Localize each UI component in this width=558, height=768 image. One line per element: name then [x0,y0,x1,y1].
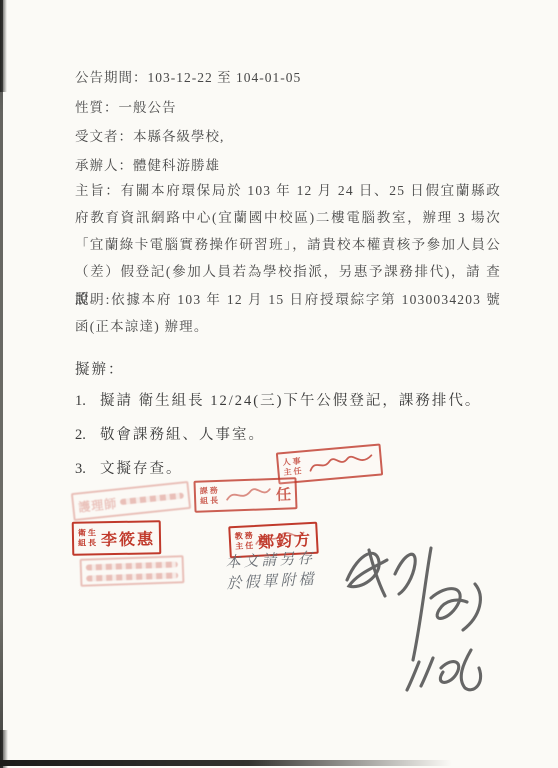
scanned-document-page: 公告期間：103-12-22 至 104-01-05 性質：一般公告 受文者：本… [0,0,558,768]
principal-signature [333,540,533,695]
stamp-visible-char: 任 [276,483,292,505]
proposal-item-1: 1.擬請 衛生組長 12/24(三)下午公假登記，課務排代。 [75,389,481,410]
nature-line: 性質：一般公告 [75,96,177,116]
nature-label: 性質： [75,100,119,115]
stamp-role: 護理師 [77,494,118,515]
recipient-label: 受文者： [75,129,133,144]
proposal-item-3: 3.文擬存查。 [75,457,183,478]
stamp-name: 李筱惠 [101,526,155,550]
stamp-signature-scribble [223,483,274,507]
item-number: 3. [75,461,100,478]
proposal-item-2: 2.敬會課務組、人事室。 [75,423,265,444]
stamp-role: 人事 主任 [282,457,304,478]
stamp-signature-scribble [305,449,377,477]
handler-line: 承辦人：體健科游勝雄 [75,154,220,174]
item-text: 擬請 衛生組長 12/24(三)下午公假登記，課務排代。 [100,393,481,409]
scan-edge-left [0,0,3,768]
scan-edge-bottom [0,760,452,766]
illegible-stamp-text [86,572,178,581]
recipient-line: 受文者：本縣各級學校, [75,125,224,145]
explanation-paragraph: 說明:依據本府 103 年 12 月 15 日府授環綜字第 1030034203… [75,286,501,340]
scan-edge-left-top [0,0,7,92]
item-text: 文擬存查。 [100,461,183,477]
stamp-role: 衛生 組長 [78,529,98,549]
illegible-stamp-text [120,492,184,505]
item-number: 1. [75,393,100,410]
recipient-value: 本縣各級學校, [133,129,224,144]
stamp-nurse: 護理師 [71,481,191,521]
handwritten-note: 本文請另存 於假單附檔 [225,549,317,596]
announcement-period-value: 103-12-22 至 104-01-05 [148,70,302,85]
handler-value: 體健科游勝雄 [133,158,220,173]
stamp-signature-scribble [251,527,306,550]
stamp-curriculum-chief: 課務 組長 任 [193,477,297,513]
proposal-title: 擬辦： [75,358,125,379]
item-text: 敬會課務組、人事室。 [100,427,265,443]
announcement-period-label: 公告期間： [75,70,148,85]
stamp-health-chief: 衛生 組長 李筱惠 [72,520,162,556]
item-number: 2. [75,427,100,444]
announcement-period-line: 公告期間：103-12-22 至 104-01-05 [75,66,301,86]
stamp-role: 課務 組長 [200,486,221,506]
illegible-stamp-text [86,561,178,570]
handwritten-note-line2: 於假單附檔 [226,570,317,596]
stamp-illegible [80,555,185,587]
nature-value: 一般公告 [119,100,177,115]
handler-label: 承辦人： [75,158,133,173]
